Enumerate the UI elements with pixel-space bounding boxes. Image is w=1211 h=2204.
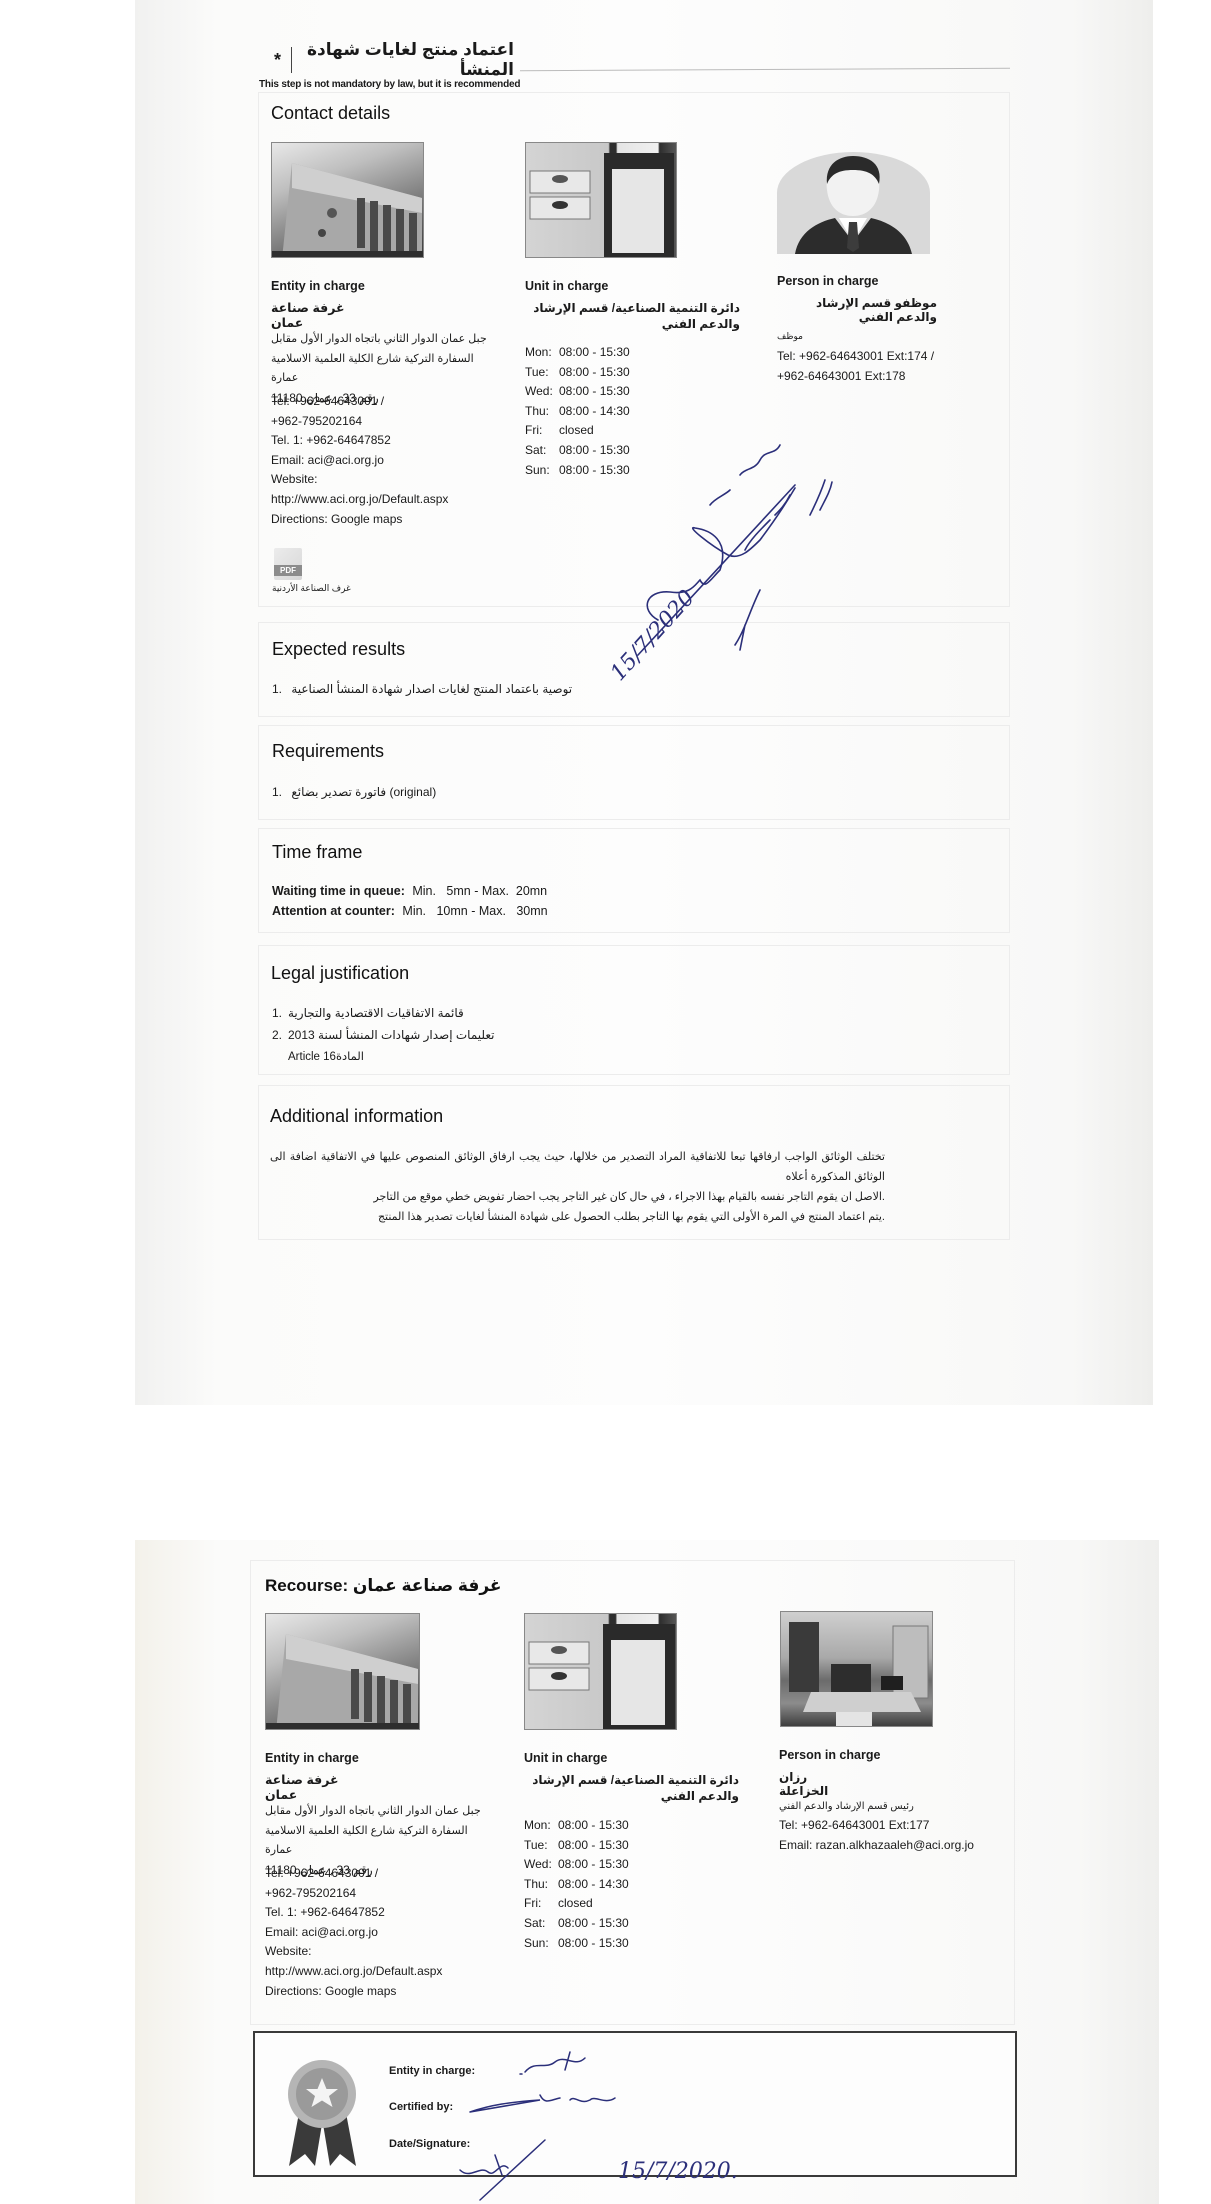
- recourse-entity-contact-lines: Tel: +962-64643001 / +962-795202164 Tel.…: [265, 1864, 442, 2001]
- person-tel: Tel: +962-64643001 Ext:174 /: [777, 347, 934, 367]
- person-contact-lines: Tel: +962-64643001 Ext:174 / +962-646430…: [777, 347, 934, 386]
- recourse-entity-email[interactable]: Email: aci@aci.org.jo: [265, 1923, 442, 1943]
- schedule-row: Sat:08:00 - 15:30: [525, 443, 630, 463]
- schedule-day: Tue:: [525, 365, 559, 385]
- legal-heading: Legal justification: [271, 963, 409, 984]
- schedule-row: Mon:08:00 - 15:30: [524, 1818, 629, 1838]
- expected-results-section: [258, 622, 1010, 717]
- schedule-day: Sun:: [524, 1936, 558, 1956]
- award-ribbon-icon: [285, 2058, 360, 2168]
- attention-label: Attention at counter:: [272, 904, 395, 918]
- schedule-hours: 08:00 - 15:30: [558, 1857, 629, 1877]
- star-icon: *: [274, 50, 281, 71]
- schedule-row: Mon:08:00 - 15:30: [525, 345, 630, 365]
- recourse-person-tel: Tel: +962-64643001 Ext:177: [779, 1816, 974, 1836]
- waiting-time-row: Waiting time in queue: Min. 5mn - Max. 2…: [272, 881, 548, 901]
- requirements-heading: Requirements: [272, 741, 384, 762]
- schedule-day: Mon:: [524, 1818, 558, 1838]
- certification-box: [253, 2031, 1017, 2177]
- time-frame-rows: Waiting time in queue: Min. 5mn - Max. 2…: [272, 881, 548, 921]
- schedule-row: Sun:08:00 - 15:30: [525, 463, 630, 483]
- schedule-row: Sun:08:00 - 15:30: [524, 1936, 629, 1956]
- office-door-photo: [524, 1613, 677, 1730]
- waiting-time-label: Waiting time in queue:: [272, 884, 405, 898]
- schedule-hours: 08:00 - 15:30: [558, 1916, 629, 1936]
- cert-date-label: Date/Signature:: [389, 2138, 470, 2150]
- schedule-day: Wed:: [525, 384, 559, 404]
- procedure-title: * اعتماد منتج لغايات شهادة المنشأ: [274, 40, 514, 80]
- schedule-hours: 08:00 - 15:30: [558, 1818, 629, 1838]
- additional-paragraph: تختلف الوثائق الواجب ارفاقها تبعا للاتفا…: [270, 1147, 885, 1187]
- schedule-row: Thu:08:00 - 14:30: [524, 1877, 629, 1897]
- recourse-person-email[interactable]: Email: razan.alkhazaaleh@aci.org.jo: [779, 1836, 974, 1856]
- entity-directions-link[interactable]: Directions: Google maps: [271, 510, 448, 530]
- attention-row: Attention at counter: Min. 10mn - Max. 3…: [272, 901, 548, 921]
- contact-details-heading: Contact details: [271, 103, 390, 124]
- cert-certified-label: Certified by:: [389, 2101, 453, 2113]
- address-line: السفارة التركية شارع الكلية العلمية الاس…: [271, 350, 491, 389]
- entity-tel: Tel: +962-64643001 /: [271, 392, 448, 412]
- schedule-day: Sat:: [524, 1916, 558, 1936]
- schedule-row: Wed:08:00 - 15:30: [524, 1857, 629, 1877]
- attention-max: Max. 30mn: [479, 904, 548, 918]
- schedule-day: Fri:: [524, 1896, 558, 1916]
- schedule-row: Wed:08:00 - 15:30: [525, 384, 630, 404]
- unit-opening-hours: Mon:08:00 - 15:30Tue:08:00 - 15:30Wed:08…: [525, 345, 630, 482]
- additional-paragraph: .الاصل ان يقوم التاجر نفسه بالقيام بهذا …: [270, 1187, 885, 1207]
- building-photo: [265, 1613, 420, 1730]
- unit-name: دائرة التنمية الصناعية/ قسم الإرشاد والد…: [525, 300, 740, 332]
- schedule-row: Sat:08:00 - 15:30: [524, 1916, 629, 1936]
- recourse-entity-label: Entity in charge: [265, 1751, 359, 1765]
- recourse-person-contact-lines: Tel: +962-64643001 Ext:177 Email: razan.…: [779, 1816, 974, 1855]
- schedule-hours: closed: [559, 423, 630, 443]
- entity-website-label: Website:: [271, 470, 448, 490]
- expected-result-item: توصية باعتماد المنتج لغايات اصدار شهادة …: [291, 682, 572, 696]
- address-line: جبل عمان الدوار الثاني باتجاه الدوار الأ…: [271, 330, 491, 350]
- schedule-day: Thu:: [525, 404, 559, 424]
- entity-website-link[interactable]: http://www.aci.org.jo/Default.aspx: [271, 490, 448, 510]
- schedule-hours: 08:00 - 15:30: [559, 365, 630, 385]
- person-tel-2: +962-64643001 Ext:178: [777, 367, 934, 387]
- waiting-time-min: Min. 5mn: [412, 884, 470, 898]
- schedule-day: Sat:: [525, 443, 559, 463]
- schedule-row: Tue:08:00 - 15:30: [525, 365, 630, 385]
- requirements-list: 1. فاتورة تصدير بضائع (original): [272, 781, 436, 803]
- recourse-directions-link[interactable]: Directions: Google maps: [265, 1982, 442, 2002]
- cert-entity-label: Entity in charge:: [389, 2065, 475, 2077]
- not-mandatory-note: This step is not mandatory by law, but i…: [259, 79, 520, 90]
- avatar-placeholder: [777, 152, 930, 254]
- recourse-unit-label: Unit in charge: [524, 1751, 607, 1765]
- schedule-hours: 08:00 - 15:30: [559, 443, 630, 463]
- procedure-title-text: اعتماد منتج لغايات شهادة المنشأ: [302, 40, 514, 80]
- schedule-hours: closed: [558, 1896, 629, 1916]
- schedule-day: Thu:: [524, 1877, 558, 1897]
- entity-contact-lines: Tel: +962-64643001 / +962-795202164 Tel.…: [271, 392, 448, 529]
- recourse-prefix: Recourse:: [265, 1576, 348, 1595]
- expected-results-heading: Expected results: [272, 639, 405, 660]
- office-door-photo: [525, 142, 677, 258]
- recourse-unit-opening-hours: Mon:08:00 - 15:30Tue:08:00 - 15:30Wed:08…: [524, 1818, 629, 1955]
- schedule-hours: 08:00 - 14:30: [559, 404, 630, 424]
- attention-min: Min. 10mn: [402, 904, 467, 918]
- recourse-entity: غرفة صناعة عمان: [353, 1576, 502, 1595]
- schedule-row: Fri:closed: [525, 423, 630, 443]
- schedule-day: Mon:: [525, 345, 559, 365]
- title-divider: [291, 47, 292, 73]
- additional-info-heading: Additional information: [270, 1106, 443, 1127]
- requirements-section: [258, 725, 1010, 820]
- legal-article: Article 16المادة: [272, 1046, 494, 1068]
- building-photo: [271, 142, 424, 258]
- office-photo: [780, 1611, 933, 1727]
- requirement-item: فاتورة تصدير بضائع (original): [291, 785, 436, 799]
- schedule-row: Fri:closed: [524, 1896, 629, 1916]
- schedule-hours: 08:00 - 15:30: [559, 345, 630, 365]
- pdf-caption[interactable]: غرف الصناعة الأردنية: [272, 582, 351, 594]
- recourse-person-label: Person in charge: [779, 1748, 880, 1762]
- pdf-icon[interactable]: PDF: [274, 548, 302, 580]
- person-label: Person in charge: [777, 274, 878, 288]
- schedule-day: Sun:: [525, 463, 559, 483]
- person-role: موظف: [777, 330, 803, 342]
- recourse-person-role: رئيس قسم الإرشاد والدعم الفني: [779, 1800, 914, 1814]
- schedule-day: Fri:: [525, 423, 559, 443]
- entity-email[interactable]: Email: aci@aci.org.jo: [271, 451, 448, 471]
- schedule-hours: 08:00 - 15:30: [559, 463, 630, 483]
- entity-mobile: +962-795202164: [271, 412, 448, 432]
- schedule-hours: 08:00 - 14:30: [558, 1877, 629, 1897]
- schedule-row: Tue:08:00 - 15:30: [524, 1838, 629, 1858]
- legal-item: 1.قائمة الاتفاقيات الاقتصادية والتجارية: [272, 1002, 494, 1024]
- person-name: موظفو قسم الإرشاد والدعم الفني: [777, 296, 937, 324]
- additional-paragraph: .يتم اعتماد المنتج في المرة الأولى التي …: [270, 1207, 885, 1227]
- recourse-entity-website-link[interactable]: http://www.aci.org.jo/Default.aspx: [265, 1962, 442, 1982]
- recourse-heading: Recourse: غرفة صناعة عمان: [265, 1576, 502, 1596]
- schedule-hours: 08:00 - 15:30: [558, 1838, 629, 1858]
- entity-label: Entity in charge: [271, 279, 365, 293]
- schedule-day: Tue:: [524, 1838, 558, 1858]
- recourse-entity-name: غرفة صناعة عمان: [265, 1772, 365, 1802]
- recourse-unit-name: دائرة التنمية الصناعية/ قسم الإرشاد والد…: [524, 1772, 739, 1804]
- schedule-hours: 08:00 - 15:30: [558, 1936, 629, 1956]
- waiting-time-max: Max. 20mn: [482, 884, 547, 898]
- pdf-tag: PDF: [274, 565, 302, 576]
- entity-tel-1: Tel. 1: +962-64647852: [271, 431, 448, 451]
- entity-name: غرفة صناعة عمان: [271, 300, 371, 330]
- schedule-day: Wed:: [524, 1857, 558, 1877]
- legal-list: 1.قائمة الاتفاقيات الاقتصادية والتجارية …: [272, 1002, 494, 1068]
- time-frame-heading: Time frame: [272, 842, 362, 863]
- expected-results-list: 1. توصية باعتماد المنتج لغايات اصدار شها…: [272, 678, 572, 700]
- unit-label: Unit in charge: [525, 279, 608, 293]
- recourse-person-name: رزان الخزاعلة: [779, 1770, 859, 1798]
- schedule-hours: 08:00 - 15:30: [559, 384, 630, 404]
- schedule-row: Thu:08:00 - 14:30: [525, 404, 630, 424]
- legal-item: 2.تعليمات إصدار شهادات المنشأ لسنة 2013: [272, 1024, 494, 1046]
- additional-info-text: تختلف الوثائق الواجب ارفاقها تبعا للاتفا…: [270, 1147, 885, 1227]
